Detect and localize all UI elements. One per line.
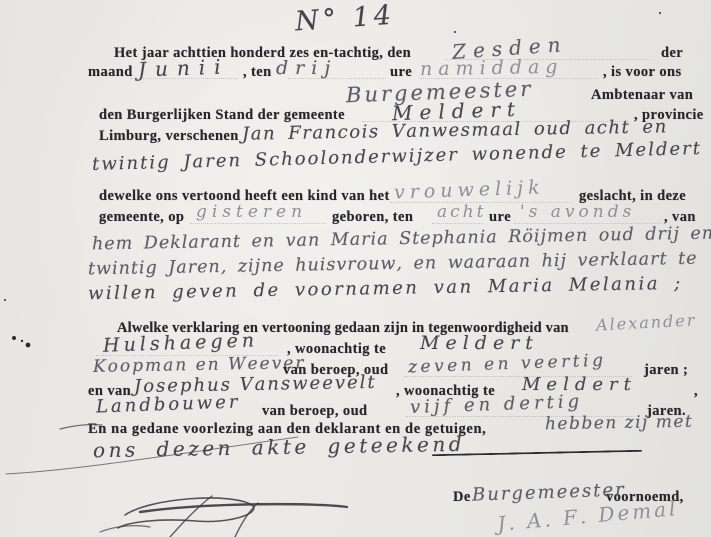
child-gender-handwritten: vrouwelijk <box>394 176 545 203</box>
act-number-handwritten: N° 14 <box>294 0 396 37</box>
ambtenaar-printed: Ambtenaar van <box>591 87 693 104</box>
birth-day-handwritten: gisteren <box>196 202 307 222</box>
witness2-occupation-handwritten: Landbouwer <box>96 391 241 417</box>
closing-de-printed: De <box>453 489 471 506</box>
ten-printed: , ten <box>243 64 272 81</box>
hebben-zij-handwritten: hebben zij met <box>545 412 694 435</box>
hour-handwritten: drij <box>276 57 337 79</box>
declarant-signature-stroke <box>140 504 347 512</box>
article-der-printed: der <box>661 45 683 62</box>
comma-printed: , <box>694 383 698 400</box>
ure-printed: ure <box>390 64 412 81</box>
baseline-rule <box>432 223 482 224</box>
civil-registry-printed: den Burgerlijken Stand der gemeente <box>99 107 345 124</box>
declarant-signature-underline <box>100 526 150 532</box>
month-handwritten: Junii <box>138 54 230 81</box>
ure2-printed: ure <box>489 209 511 226</box>
baseline-rule <box>190 223 326 224</box>
limburg-verschenen-printed: Limburg, verschenen <box>99 128 239 145</box>
scanned-document-page: N° 14 Het jaar achttien honderd zes en-t… <box>0 0 711 537</box>
birth-daypart-handwritten: 's avonds <box>520 202 635 222</box>
declarant-signature-flourish <box>118 498 254 528</box>
is-voor-ons-printed: , is voor ons <box>603 64 682 81</box>
witness1-firstname-handwritten: Alexander <box>596 310 697 334</box>
geteekend-handwritten: ons dezen akte geteekend <box>93 432 465 462</box>
geboren-ten-printed: geboren, ten <box>332 209 413 226</box>
jaren1-printed: jaren ; <box>644 362 688 379</box>
beroep2-printed: van beroep, oud <box>262 403 368 420</box>
baseline-rule <box>514 223 662 224</box>
gemeente-op-printed: gemeente, op <box>99 209 184 226</box>
witness1-surname-handwritten: Hulshaegen <box>103 329 259 356</box>
daypart-handwritten: namiddag <box>420 56 564 81</box>
month-label-printed: maand <box>88 64 133 81</box>
witness1-residence-handwritten: Meldert <box>420 332 539 354</box>
declarant-signature-descenders <box>170 496 258 537</box>
birth-hour-handwritten: acht <box>437 202 486 222</box>
